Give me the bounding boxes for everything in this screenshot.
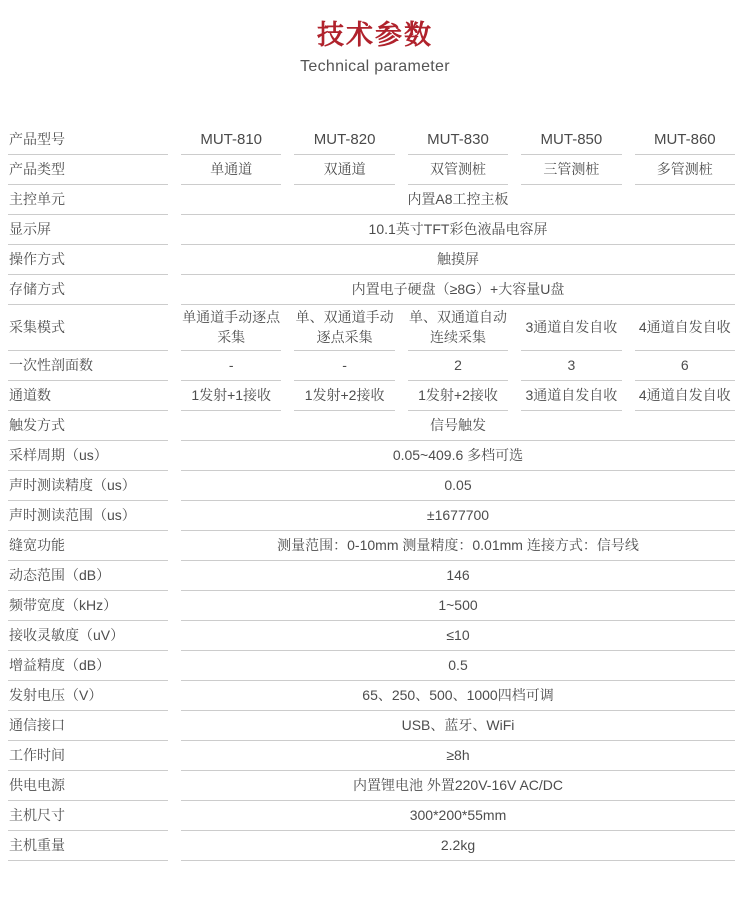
- row-label: 产品类型: [8, 155, 168, 185]
- table-row: 产品类型单通道双通道双管测桩三管测桩多管测桩: [8, 155, 735, 185]
- table-row: 频带宽度（kHz）1~500: [8, 591, 735, 621]
- table-row: 声时测读范围（us）±1677700: [8, 501, 735, 531]
- row-value-col5: MUT-860: [635, 125, 735, 155]
- row-value-col3: 双管测桩: [408, 155, 508, 185]
- row-label: 发射电压（V）: [8, 681, 168, 711]
- table-row: 增益精度（dB）0.5: [8, 651, 735, 681]
- row-value: 0.05: [181, 471, 735, 501]
- row-value-col4: 3通道自发自收: [521, 305, 621, 351]
- row-value: ±1677700: [181, 501, 735, 531]
- row-value-col4: MUT-850: [521, 125, 621, 155]
- row-value-col5: 4通道自发自收: [635, 381, 735, 411]
- table-row: 发射电压（V）65、250、500、1000四档可调: [8, 681, 735, 711]
- row-value: 内置电子硬盘（≥8G）+大容量U盘: [181, 275, 735, 305]
- page-title: 技术参数: [0, 20, 750, 51]
- spec-table: 产品型号MUT-810MUT-820MUT-830MUT-850MUT-860产…: [8, 125, 735, 861]
- row-label: 主机尺寸: [8, 801, 168, 831]
- row-value-col2: 1发射+2接收: [294, 381, 394, 411]
- row-value-col4: 3: [521, 351, 621, 381]
- row-value: 测量范围：0-10mm 测量精度：0.01mm 连接方式：信号线: [181, 531, 735, 561]
- row-value: 65、250、500、1000四档可调: [181, 681, 735, 711]
- row-value-col5: 6: [635, 351, 735, 381]
- row-label: 采集模式: [8, 305, 168, 351]
- row-label: 频带宽度（kHz）: [8, 591, 168, 621]
- table-row: 接收灵敏度（uV）≤10: [8, 621, 735, 651]
- row-value-col4: 三管测桩: [521, 155, 621, 185]
- row-value: 300*200*55mm: [181, 801, 735, 831]
- row-value-col3: 1发射+2接收: [408, 381, 508, 411]
- row-value-col2: 双通道: [294, 155, 394, 185]
- row-value: 内置锂电池 外置220V-16V AC/DC: [181, 771, 735, 801]
- table-row: 主机重量2.2kg: [8, 831, 735, 861]
- row-label: 主控单元: [8, 185, 168, 215]
- row-label: 采样周期（us）: [8, 441, 168, 471]
- row-value-col3: MUT-830: [408, 125, 508, 155]
- row-value-col2: MUT-820: [294, 125, 394, 155]
- table-row: 通信接口USB、蓝牙、WiFi: [8, 711, 735, 741]
- row-label: 显示屏: [8, 215, 168, 245]
- row-value-col5: 4通道自发自收: [635, 305, 735, 351]
- table-row: 采集模式单通道手动逐点采集单、双通道手动逐点采集单、双通道自动连续采集3通道自发…: [8, 305, 735, 351]
- row-label: 声时测读范围（us）: [8, 501, 168, 531]
- row-value-col2: 单、双通道手动逐点采集: [294, 305, 394, 351]
- row-value-col1: 1发射+1接收: [181, 381, 281, 411]
- row-value: ≤10: [181, 621, 735, 651]
- row-value: 0.5: [181, 651, 735, 681]
- table-row: 存储方式内置电子硬盘（≥8G）+大容量U盘: [8, 275, 735, 305]
- table-row: 产品型号MUT-810MUT-820MUT-830MUT-850MUT-860: [8, 125, 735, 155]
- table-row: 动态范围（dB）146: [8, 561, 735, 591]
- row-value: 内置A8工控主板: [181, 185, 735, 215]
- page-subtitle: Technical parameter: [0, 58, 750, 76]
- row-value: USB、蓝牙、WiFi: [181, 711, 735, 741]
- table-row: 一次性剖面数--236: [8, 351, 735, 381]
- table-row: 供电电源内置锂电池 外置220V-16V AC/DC: [8, 771, 735, 801]
- table-row: 通道数1发射+1接收1发射+2接收1发射+2接收3通道自发自收4通道自发自收: [8, 381, 735, 411]
- row-label: 增益精度（dB）: [8, 651, 168, 681]
- row-value-col1: -: [181, 351, 281, 381]
- row-value-col1: MUT-810: [181, 125, 281, 155]
- row-value: 1~500: [181, 591, 735, 621]
- row-value-col3: 2: [408, 351, 508, 381]
- row-label: 供电电源: [8, 771, 168, 801]
- row-value: 0.05~409.6 多档可选: [181, 441, 735, 471]
- table-row: 采样周期（us）0.05~409.6 多档可选: [8, 441, 735, 471]
- table-row: 主机尺寸300*200*55mm: [8, 801, 735, 831]
- row-label: 产品型号: [8, 125, 168, 155]
- row-value: 信号触发: [181, 411, 735, 441]
- table-row: 操作方式触摸屏: [8, 245, 735, 275]
- row-label: 通信接口: [8, 711, 168, 741]
- row-label: 工作时间: [8, 741, 168, 771]
- row-value: 2.2kg: [181, 831, 735, 861]
- table-row: 声时测读精度（us）0.05: [8, 471, 735, 501]
- row-value: 146: [181, 561, 735, 591]
- table-row: 工作时间≥8h: [8, 741, 735, 771]
- row-label: 一次性剖面数: [8, 351, 168, 381]
- row-label: 接收灵敏度（uV）: [8, 621, 168, 651]
- row-value-col1: 单通道: [181, 155, 281, 185]
- row-label: 存储方式: [8, 275, 168, 305]
- row-label: 通道数: [8, 381, 168, 411]
- row-value-col1: 单通道手动逐点采集: [181, 305, 281, 351]
- row-label: 主机重量: [8, 831, 168, 861]
- row-value: 触摸屏: [181, 245, 735, 275]
- page-header: 技术参数 Technical parameter: [0, 0, 750, 76]
- row-label: 触发方式: [8, 411, 168, 441]
- table-row: 触发方式信号触发: [8, 411, 735, 441]
- row-label: 动态范围（dB）: [8, 561, 168, 591]
- row-value-col2: -: [294, 351, 394, 381]
- row-value-col5: 多管测桩: [635, 155, 735, 185]
- table-row: 显示屏10.1英寸TFT彩色液晶电容屏: [8, 215, 735, 245]
- row-value-col3: 单、双通道自动连续采集: [408, 305, 508, 351]
- table-row: 主控单元内置A8工控主板: [8, 185, 735, 215]
- table-row: 缝宽功能测量范围：0-10mm 测量精度：0.01mm 连接方式：信号线: [8, 531, 735, 561]
- row-value: ≥8h: [181, 741, 735, 771]
- row-label: 缝宽功能: [8, 531, 168, 561]
- row-label: 声时测读精度（us）: [8, 471, 168, 501]
- row-label: 操作方式: [8, 245, 168, 275]
- row-value-col4: 3通道自发自收: [521, 381, 621, 411]
- row-value: 10.1英寸TFT彩色液晶电容屏: [181, 215, 735, 245]
